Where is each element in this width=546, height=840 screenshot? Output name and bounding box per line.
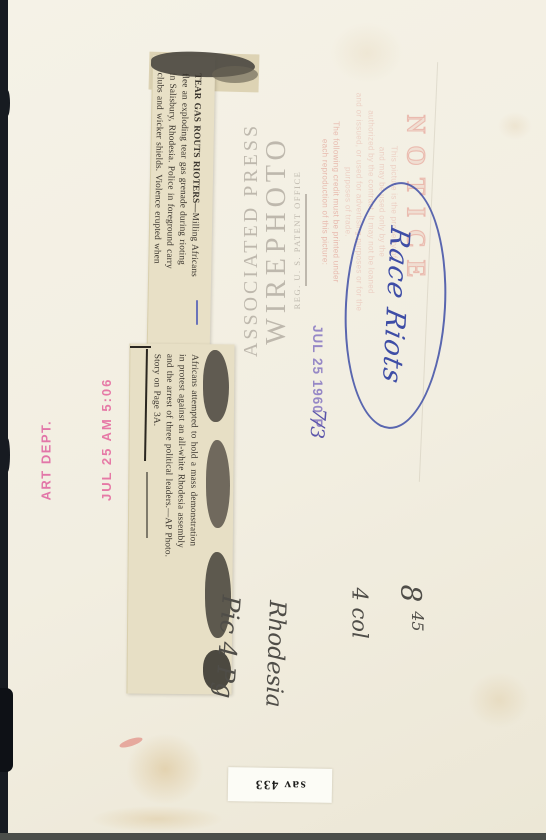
size-note: 8 45	[385, 585, 428, 655]
columns-note: 4 col	[335, 588, 372, 668]
catalog-label: sav 433	[228, 767, 333, 803]
clipping-smudge	[212, 66, 258, 83]
wirephoto-stamp-line3: REG. U. S. PATENT OFFICE	[292, 100, 303, 380]
clipping-column-rule	[130, 346, 151, 348]
art-dept-stamp: ART DEPT.	[39, 406, 57, 501]
notice-stamp-line: The following credit must be printed und…	[331, 15, 343, 390]
clipping-column-rule	[146, 472, 148, 538]
clipping-caption-line: Story on Page 3A.	[149, 354, 164, 656]
wirephoto-stamp-line2: WIREPHOTO	[262, 100, 292, 380]
clipping-smudge	[203, 350, 229, 422]
wirephoto-stamp-rule	[305, 194, 307, 286]
clipping-caption-line: and the arrest of three political leader…	[161, 354, 176, 656]
edition-fraction-note: 7/3	[300, 407, 330, 455]
scan-edge-bottom	[0, 833, 546, 840]
paper-stain	[498, 112, 532, 140]
clipping-headline-rest: Milling Africans	[190, 213, 201, 277]
scan-edge-blob	[0, 688, 13, 772]
size-note-main: 8	[395, 585, 428, 603]
wirephoto-stamp-line1: ASSOCIATED PRESS	[240, 100, 262, 380]
clipping-headline-bold: TEAR GAS ROUTS RIOTERS—	[191, 73, 203, 213]
photo-back-scan: NOTICE This picture is the property of a…	[0, 0, 546, 840]
time-received-stamp: JUL 25 AM 5:06	[99, 361, 119, 501]
country-note: Rhodesia	[244, 599, 290, 770]
paper-torn-edge	[5, 438, 10, 472]
paper-torn-edge	[5, 90, 10, 116]
paper-stain	[468, 672, 530, 728]
clipping-smudge	[206, 440, 230, 528]
ap-wirephoto-stamp: ASSOCIATED PRESS WIREPHOTO REG. U. S. PA…	[240, 100, 316, 380]
paper-stain	[92, 806, 222, 832]
race-riots-text: Race Riots	[376, 224, 415, 388]
catalog-label-text: sav 433	[254, 777, 306, 794]
size-note-sup: 45	[408, 611, 427, 631]
